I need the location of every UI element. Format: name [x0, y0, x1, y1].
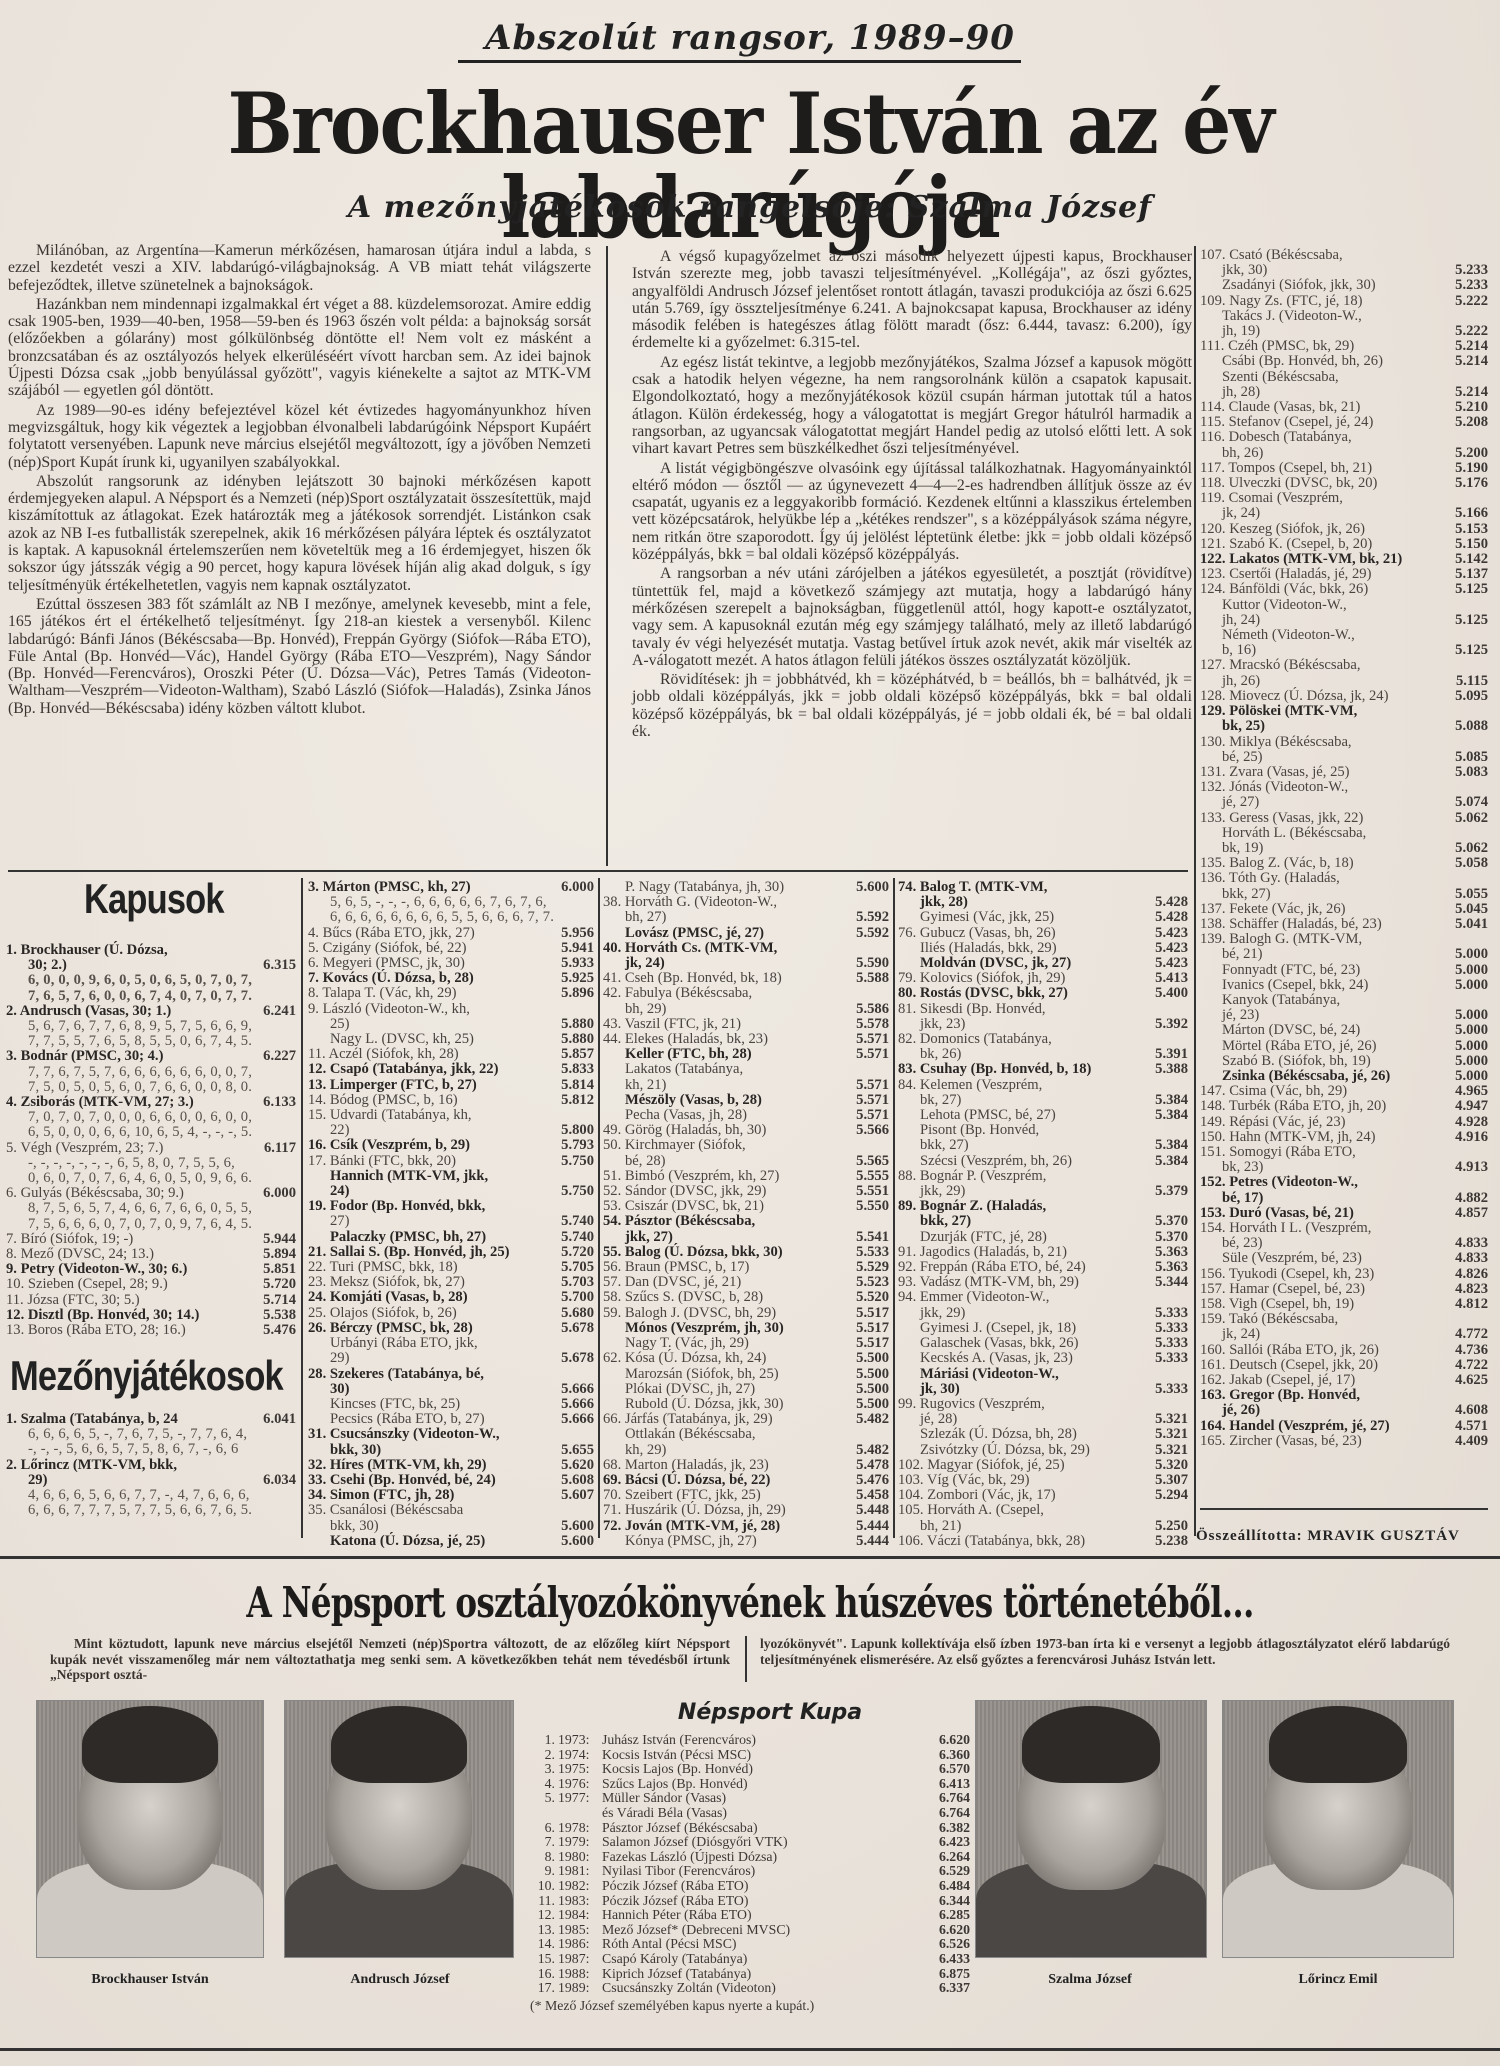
ranking-row: kh, 21)5.571	[603, 1078, 889, 1093]
player-entry: 117. Tompos (Csepel, bh, 21)	[1200, 461, 1430, 476]
average-value: 5.740	[536, 1230, 594, 1245]
cup-row: 15.1987:Csapó Károly (Tatabánya)6.433	[530, 1952, 970, 1967]
ranking-row: 26. Bérczy (PMSC, bk, 28)5.678	[308, 1321, 594, 1336]
cup-row: 12.1984:Hannich Péter (Rába ETO)6.285	[530, 1908, 970, 1923]
player-entry: jk, 24)	[1200, 506, 1430, 521]
grades-line: 7, 6, 5, 7, 6, 0, 0, 6, 7, 4, 0, 7, 0, 7…	[6, 989, 296, 1004]
average-value: 5.370	[1130, 1214, 1188, 1229]
outfield-list-2: 3. Márton (PMSC, kh, 27)6.0005, 6, 5, -,…	[308, 880, 594, 1549]
player-entry: 82. Domonics (Tatabánya,	[898, 1032, 1130, 1047]
ranking-row: 132. Jónás (Videoton-W.,	[1200, 780, 1488, 795]
cup-y: 1983:	[558, 1894, 598, 1909]
average-value: 4.916	[1430, 1130, 1488, 1145]
average-value: 4.722	[1430, 1358, 1488, 1373]
ranking-row: jkk, 29)5.379	[898, 1184, 1188, 1199]
player-entry: Lakatos (Tatabánya,	[603, 1062, 831, 1077]
average-value: 5.714	[238, 1293, 296, 1308]
cup-v: 6.433	[924, 1952, 970, 1967]
ranking-row: 162. Jakab (Csepel, jé, 17)4.625	[1200, 1373, 1488, 1388]
ranking-row: 12. Disztl (Bp. Honvéd, 30; 14.)5.538	[6, 1308, 296, 1323]
photo-caption: Andrusch József	[280, 1972, 520, 1988]
ranking-row: 34. Simon (FTC, jh, 28)5.607	[308, 1488, 594, 1503]
average-value: 5.045	[1430, 902, 1488, 917]
player-entry: bk, 27)	[898, 1093, 1130, 1108]
ranking-row: bh, 29)5.586	[603, 1002, 889, 1017]
outfield-list-1: 1. Szalma (Tatabánya, b, 246.0416, 6, 6,…	[6, 1412, 296, 1518]
ranking-row: Kónya (PMSC, jh, 27)5.444	[603, 1534, 889, 1549]
cup-v: 6.423	[924, 1835, 970, 1850]
ranking-row: 2. Lőrincz (MTK-VM, bkk,	[6, 1458, 296, 1473]
player-entry: 31. Csucsánszky (Videoton-W.,	[308, 1427, 536, 1442]
player-entry: kh, 29)	[603, 1443, 831, 1458]
ranking-row: 31. Csucsánszky (Videoton-W.,	[308, 1427, 594, 1442]
player-entry: bk, 26)	[898, 1047, 1130, 1062]
player-entry: 127. Mracskó (Békéscsaba,	[1200, 658, 1430, 673]
ranking-row: bh, 21)5.250	[898, 1519, 1188, 1534]
player-entry: 80. Rostás (DVSC, bkk, 27)	[898, 986, 1130, 1001]
player-entry: Rubold (Ú. Dózsa, jkk, 30)	[603, 1397, 831, 1412]
cup-y: 1980:	[558, 1850, 598, 1865]
cup-v: 6.764	[924, 1806, 970, 1821]
ranking-row: 10. Szieben (Csepel, 28; 9.)5.720	[6, 1277, 296, 1292]
ranking-row: Kecskés A. (Vasas, jk, 23)5.333	[898, 1351, 1188, 1366]
player-entry: jk, 24)	[603, 956, 831, 971]
cup-y: 1978:	[558, 1821, 598, 1836]
player-entry: 114. Claude (Vasas, bk, 21)	[1200, 400, 1430, 415]
player-entry: 32. Híres (MTK-VM, kh, 29)	[308, 1458, 536, 1473]
average-value: 5.592	[831, 910, 889, 925]
player-entry: 147. Csima (Vác, bh, 29)	[1200, 1084, 1430, 1099]
average-value: 5.333	[1130, 1321, 1188, 1336]
paragraph: Abszolút rangsorunk az idényben lejátszo…	[8, 473, 591, 594]
player-entry: Pisont (Bp. Honvéd,	[898, 1123, 1130, 1138]
average-value: 5.208	[1430, 415, 1488, 430]
player-entry: Szenti (Békéscsaba,	[1200, 370, 1430, 385]
player-entry: 49. Görög (Haladás, bh, 30)	[603, 1123, 831, 1138]
player-entry: Mörtel (Rába ETO, jé, 26)	[1200, 1039, 1430, 1054]
player-entry: Márton (DVSC, bé, 24)	[1200, 1023, 1430, 1038]
player-entry: 57. Dan (DVSC, jé, 21)	[603, 1275, 831, 1290]
ranking-row: 6. Megyeri (PMSC, jk, 30)5.933	[308, 956, 594, 971]
average-value: 5.095	[1430, 689, 1488, 704]
average-value: 5.321	[1130, 1443, 1188, 1458]
player-entry: 154. Horváth I L. (Veszprém,	[1200, 1221, 1430, 1236]
ranking-row: bkk, 30)5.600	[308, 1519, 594, 1534]
player-entry: 151. Somogyi (Rába ETO,	[1200, 1145, 1430, 1160]
average-value: 5.058	[1430, 856, 1488, 871]
cup-y: 1974:	[558, 1748, 598, 1763]
ranking-row: 158. Vigh (Csepel, bh, 19)4.812	[1200, 1297, 1488, 1312]
grades-line: 7, 5, 0, 5, 0, 5, 6, 0, 7, 6, 6, 0, 0, 8…	[6, 1080, 296, 1095]
cup-n: 8.	[530, 1850, 558, 1865]
average-value: 4.736	[1430, 1343, 1488, 1358]
ranking-row: 116. Dobesch (Tatabánya,	[1200, 430, 1488, 445]
ranking-row: Pisont (Bp. Honvéd,	[898, 1123, 1188, 1138]
average-value: 5.210	[1430, 400, 1488, 415]
ranking-row: 30; 2.)6.315	[6, 958, 296, 973]
player-entry: 79. Kolovics (Siófok, jh, 29)	[898, 971, 1130, 986]
column-divider	[606, 246, 608, 866]
ranking-row: Galaschek (Vasas, bkk, 26)5.333	[898, 1336, 1188, 1351]
player-entry: Szlezák (Ú. Dózsa, bh, 28)	[898, 1427, 1130, 1442]
grades-line: 7, 0, 7, 0, 7, 0, 0, 0, 6, 6, 0, 0, 6, 0…	[6, 1110, 296, 1125]
ranking-row: 52. Sándor (DVSC, jkk, 29)5.551	[603, 1184, 889, 1199]
cup-v: 6.344	[924, 1894, 970, 1909]
ranking-row: 123. Csertői (Haladás, jé, 29)5.137	[1200, 567, 1488, 582]
ranking-row: 59. Balogh J. (DVSC, bh, 29)5.517	[603, 1306, 889, 1321]
average-value: 5.703	[536, 1275, 594, 1290]
player-entry: 159. Takó (Békéscsaba,	[1200, 1312, 1430, 1327]
ranking-row: 1. Szalma (Tatabánya, b, 246.041	[6, 1412, 296, 1427]
player-entry: Zsivótzky (Ú. Dózsa, bk, 29)	[898, 1443, 1130, 1458]
paragraph: Az egész listát tekintve, a legjobb mező…	[632, 354, 1192, 458]
player-entry: Mónos (Veszprém, jh, 30)	[603, 1321, 831, 1336]
player-entry: bh, 26)	[1200, 446, 1430, 461]
ranking-row: 14. Bódog (PMSC, b, 16)5.812	[308, 1093, 594, 1108]
average-value: 5.705	[536, 1260, 594, 1275]
average-value: 5.541	[831, 1230, 889, 1245]
player-entry: 161. Deutsch (Csepel, jkk, 20)	[1200, 1358, 1430, 1373]
ranking-row: 22)5.800	[308, 1123, 594, 1138]
player-entry: 103. Víg (Vác, bk, 29)	[898, 1473, 1130, 1488]
cup-row: 1.1973:Juhász István (Ferencváros)6.620	[530, 1733, 970, 1748]
average-value: 5.423	[1130, 926, 1188, 941]
cup-name: és Váradi Béla (Vasas)	[598, 1806, 924, 1821]
ranking-row: 91. Jagodics (Haladás, b, 21)5.363	[898, 1245, 1188, 1260]
ranking-row: 150. Hahn (MTK-VM, jh, 24)4.916	[1200, 1130, 1488, 1145]
ranking-row: 57. Dan (DVSC, jé, 21)5.523	[603, 1275, 889, 1290]
cup-v: 6.413	[924, 1777, 970, 1792]
grades-line: 6, 5, 0, 0, 0, 6, 6, 10, 6, 5, 4, -, -, …	[6, 1125, 296, 1140]
player-entry: 58. Szűcs S. (DVSC, b, 28)	[603, 1290, 831, 1305]
cup-y: 1988:	[558, 1967, 598, 1982]
grades-line: -, -, -, -, -, -, -, 6, 5, 8, 0, 7, 5, 5…	[6, 1156, 296, 1171]
player-entry: 16. Csík (Veszprém, b, 29)	[308, 1138, 536, 1153]
ranking-row: Iliés (Haladás, bkk, 29)5.423	[898, 941, 1188, 956]
ranking-row: jk, 24)5.166	[1200, 506, 1488, 521]
player-entry: bk, 19)	[1200, 841, 1430, 856]
ranking-row: 121. Szabó K. (Csepel, b, 20)5.150	[1200, 537, 1488, 552]
cup-y: 1979:	[558, 1835, 598, 1850]
cup-y: 1975:	[558, 1762, 598, 1777]
ranking-row: Lovász (PMSC, jé, 27)5.592	[603, 926, 889, 941]
player-entry: 84. Kelemen (Veszprém,	[898, 1078, 1130, 1093]
cup-n	[530, 1806, 558, 1821]
average-value: 5.956	[536, 926, 594, 941]
player-entry: 68. Marton (Haladás, jk, 23)	[603, 1458, 831, 1473]
grades-line: 6, 6, 6, 7, 7, 7, 5, 7, 7, 5, 6, 6, 7, 6…	[6, 1503, 296, 1518]
ranking-row: 133. Geress (Vasas, jkk, 22)5.062	[1200, 811, 1488, 826]
cup-row: 11.1983:Póczik József (Rába ETO)6.344	[530, 1894, 970, 1909]
player-entry: Katona (Ú. Dózsa, jé, 25)	[308, 1534, 536, 1549]
player-entry: Lovász (PMSC, jé, 27)	[603, 926, 831, 941]
player-entry: 119. Csomai (Veszprém,	[1200, 491, 1430, 506]
player-entry: 4. Zsiborás (MTK-VM, 27; 3.)	[6, 1095, 238, 1110]
ranking-row: Nagy L. (DVSC, kh, 25)5.880	[308, 1032, 594, 1047]
ranking-row: 17. Bánki (FTC, bkk, 20)5.750	[308, 1154, 594, 1169]
average-value: 5.476	[238, 1323, 296, 1338]
ranking-row: Horváth L. (Békéscsaba,	[1200, 826, 1488, 841]
ranking-row: Lakatos (Tatabánya,	[603, 1062, 889, 1077]
paragraph: A végső kupagyőzelmet az őszi második he…	[632, 248, 1192, 352]
cup-n: 10.	[530, 1879, 558, 1894]
average-value: 6.041	[238, 1412, 296, 1427]
average-value: 5.294	[1130, 1488, 1188, 1503]
cup-y: 1976:	[558, 1777, 598, 1792]
ranking-row: bkk, 27)5.370	[898, 1214, 1188, 1229]
ranking-row: jkk, 30)5.233	[1200, 263, 1488, 278]
player-entry: 14. Bódog (PMSC, b, 16)	[308, 1093, 536, 1108]
average-value: 5.379	[1130, 1184, 1188, 1199]
average-value: 5.333	[1130, 1336, 1188, 1351]
average-value: 5.740	[536, 1214, 594, 1229]
cup-v: 6.570	[924, 1762, 970, 1777]
ranking-row: Marozsán (Siófok, bh, 25)5.500	[603, 1367, 889, 1382]
player-entry: jkk, 30)	[1200, 263, 1430, 278]
player-entry: 91. Jagodics (Haladás, b, 21)	[898, 1245, 1130, 1260]
average-value: 5.000	[1430, 1054, 1488, 1069]
player-entry: 10. Szieben (Csepel, 28; 9.)	[6, 1277, 238, 1292]
player-entry: jh, 26)	[1200, 674, 1430, 689]
average-value: 5.413	[1130, 971, 1188, 986]
average-value: 5.428	[1130, 910, 1188, 925]
player-entry: 26. Bérczy (PMSC, bk, 28)	[308, 1321, 536, 1336]
grades-line: 6, 0, 0, 0, 9, 6, 0, 5, 0, 6, 5, 0, 7, 0…	[6, 973, 296, 988]
player-entry: 1. Szalma (Tatabánya, b, 24	[6, 1412, 238, 1427]
player-entry: b, 16)	[1200, 643, 1430, 658]
ranking-row: 5. Czigány (Siófok, bé, 22)5.941	[308, 941, 594, 956]
kicker: Abszolút rangsor, 1989–90	[0, 18, 1500, 58]
ranking-row: jé, 23)5.000	[1200, 1008, 1488, 1023]
column-divider	[598, 878, 600, 1538]
cup-row: 13.1985:Mező József* (Debreceni MVSC)6.6…	[530, 1923, 970, 1938]
average-value: 5.363	[1130, 1260, 1188, 1275]
grades-line: -, -, -, 5, 6, 6, 5, 7, 5, 8, 6, 7, -, 6…	[6, 1442, 296, 1457]
average-value: 5.307	[1130, 1473, 1188, 1488]
ranking-row: 1. Brockhauser (Ú. Dózsa,	[6, 943, 296, 958]
player-entry: 104. Zombori (Vác, jk, 17)	[898, 1488, 1130, 1503]
ranking-row: 69. Bácsi (Ú. Dózsa, bé, 22)5.476	[603, 1473, 889, 1488]
cup-v: 6.264	[924, 1850, 970, 1865]
average-value: 5.571	[831, 1108, 889, 1123]
player-entry: 24)	[308, 1184, 536, 1199]
cup-row: 17.1989:Csucsánszky Zoltán (Videoton)6.3…	[530, 1981, 970, 1996]
grades-line: 7, 5, 6, 6, 6, 0, 7, 0, 7, 0, 9, 7, 6, 4…	[6, 1217, 296, 1232]
ranking-row: 82. Domonics (Tatabánya,	[898, 1032, 1188, 1047]
average-value: 5.200	[1430, 446, 1488, 461]
player-entry: 3. Bodnár (PMSC, 30; 4.)	[6, 1049, 238, 1064]
photo-caption: Brockhauser István	[30, 1972, 270, 1988]
cup-row: 16.1988:Kiprich József (Tatabánya)6.875	[530, 1967, 970, 1982]
player-entry: Kecskés A. (Vasas, jk, 23)	[898, 1351, 1130, 1366]
ranking-row: 33. Csehi (Bp. Honvéd, bé, 24)5.608	[308, 1473, 594, 1488]
ranking-row: jkk, 23)5.392	[898, 1017, 1188, 1032]
ranking-row: 147. Csima (Vác, bh, 29)4.965	[1200, 1084, 1488, 1099]
player-entry: 137. Fekete (Vác, jk, 26)	[1200, 902, 1430, 917]
ranking-row: 99. Rugovics (Veszprém,	[898, 1397, 1188, 1412]
ranking-row: Katona (Ú. Dózsa, jé, 25)5.600	[308, 1534, 594, 1549]
player-entry: Lehota (PMSC, bé, 27)	[898, 1108, 1130, 1123]
cup-n: 5.	[530, 1791, 558, 1806]
average-value: 5.655	[536, 1443, 594, 1458]
average-value: 5.222	[1430, 294, 1488, 309]
cup-name: Róth Antal (Pécsi MSC)	[598, 1937, 924, 1952]
average-value: 5.678	[536, 1321, 594, 1336]
cup-n: 12.	[530, 1908, 558, 1923]
goalkeepers-section: Kapusok 1. Brockhauser (Ú. Dózsa,30; 2.)…	[6, 875, 296, 1338]
ranking-row: 44. Elekes (Haladás, bk, 23)5.571	[603, 1032, 889, 1047]
average-value: 5.571	[831, 1093, 889, 1108]
cup-v: 6.285	[924, 1908, 970, 1923]
player-entry: 43. Vaszil (FTC, jk, 21)	[603, 1017, 831, 1032]
average-value: 4.857	[1430, 1206, 1488, 1221]
player-entry: 4. Bűcs (Rába ETO, jkk, 27)	[308, 926, 536, 941]
average-value: 5.476	[831, 1473, 889, 1488]
cup-n: 14.	[530, 1937, 558, 1952]
average-value: 5.666	[536, 1412, 594, 1427]
player-entry: 2. Andrusch (Vasas, 30; 1.)	[6, 1004, 238, 1019]
player-entry: Nagy L. (DVSC, kh, 25)	[308, 1032, 536, 1047]
player-entry: Dzurják (FTC, jé, 28)	[898, 1230, 1130, 1245]
player-entry: Németh (Videoton-W.,	[1200, 628, 1430, 643]
outfield-list-5: 107. Csató (Békéscsaba,jkk, 30)5.233Zsad…	[1200, 248, 1488, 1449]
player-entry: 54. Pásztor (Békéscsaba,	[603, 1214, 831, 1229]
ranking-row: 66. Járfás (Tatabánya, jk, 29)5.482	[603, 1412, 889, 1427]
ranking-row: 122. Lakatos (MTK-VM, bk, 21)5.142	[1200, 552, 1488, 567]
ranking-row: Dzurják (FTC, jé, 28)5.370	[898, 1230, 1188, 1245]
ranking-row: 3. Bodnár (PMSC, 30; 4.)6.227	[6, 1049, 296, 1064]
ranking-row: 15. Udvardi (Tatabánya, kh,	[308, 1108, 594, 1123]
player-entry: Szécsi (Veszprém, bh, 26)	[898, 1154, 1130, 1169]
average-value: 5.571	[831, 1032, 889, 1047]
average-value: 5.607	[536, 1488, 594, 1503]
player-entry: 66. Járfás (Tatabánya, jk, 29)	[603, 1412, 831, 1427]
ranking-row: jk, 24)4.772	[1200, 1327, 1488, 1342]
cup-y: 1985:	[558, 1923, 598, 1938]
player-entry: 19. Fodor (Bp. Honvéd, bkk,	[308, 1199, 536, 1214]
player-entry: 6. Megyeri (PMSC, jk, 30)	[308, 956, 536, 971]
player-entry: 162. Jakab (Csepel, jé, 17)	[1200, 1373, 1430, 1388]
section-rule	[8, 870, 1188, 872]
average-value: 5.085	[1430, 750, 1488, 765]
ranking-row: bh, 26)5.200	[1200, 446, 1488, 461]
ranking-row: P. Nagy (Tatabánya, jh, 30)5.600	[603, 880, 889, 895]
average-value: 5.517	[831, 1336, 889, 1351]
cup-y: 1989:	[558, 1981, 598, 1996]
average-value: 5.565	[831, 1154, 889, 1169]
ranking-row: bé, 23)4.833	[1200, 1236, 1488, 1251]
cup-n: 6.	[530, 1821, 558, 1836]
nepsport-cup-table: Népsport Kupa 1.1973:Juhász István (Fere…	[530, 1700, 970, 2014]
player-entry: Kuttor (Videoton-W.,	[1200, 598, 1430, 613]
average-value: 5.000	[1430, 1008, 1488, 1023]
cup-name: Szűcs Lajos (Bp. Honvéd)	[598, 1777, 924, 1792]
average-value: 5.880	[536, 1017, 594, 1032]
ranking-row: 22. Turi (PMSC, bkk, 18)5.705	[308, 1260, 594, 1275]
ranking-row: Rubold (Ú. Dózsa, jkk, 30)5.500	[603, 1397, 889, 1412]
cup-n: 17.	[530, 1981, 558, 1996]
ranking-row: bk, 23)4.913	[1200, 1160, 1488, 1175]
player-entry: Süle (Veszprém, bé, 23)	[1200, 1251, 1430, 1266]
history-intro-right: lyozókönyvét". Lapunk kollektívája első …	[760, 1636, 1450, 1667]
cup-name: Juhász István (Ferencváros)	[598, 1733, 924, 1748]
player-entry: Pecsics (Rába ETO, b, 27)	[308, 1412, 536, 1427]
average-value: 5.370	[1130, 1230, 1188, 1245]
player-entry: 149. Répási (Vác, jé, 23)	[1200, 1115, 1430, 1130]
ranking-row: jé, 27)5.074	[1200, 795, 1488, 810]
average-value: 5.517	[831, 1321, 889, 1336]
ranking-row: jh, 28)5.214	[1200, 385, 1488, 400]
player-entry: 106. Váczi (Tatabánya, bkk, 28)	[898, 1534, 1130, 1549]
ranking-row: jkk, 27)5.541	[603, 1230, 889, 1245]
ranking-row: 2. Andrusch (Vasas, 30; 1.)6.241	[6, 1004, 296, 1019]
player-entry: bkk, 30)	[308, 1519, 536, 1534]
average-value: 5.384	[1130, 1154, 1188, 1169]
ranking-row: 68. Marton (Haladás, jk, 23)5.478	[603, 1458, 889, 1473]
average-value: 5.000	[1430, 1023, 1488, 1038]
player-entry: 23. Meksz (Siófok, bk, 27)	[308, 1275, 536, 1290]
ranking-row: 128. Miovecz (Ú. Dózsa, jk, 24)5.095	[1200, 689, 1488, 704]
ranking-row: 56. Braun (PMSC, b, 17)5.529	[603, 1260, 889, 1275]
ranking-row: 50. Kirchmayer (Siófok,	[603, 1138, 889, 1153]
cup-row: 9.1981:Nyilasi Tibor (Ferencváros)6.529	[530, 1864, 970, 1879]
player-entry: Urbányi (Rába ETO, jkk,	[308, 1336, 536, 1351]
average-value: 5.190	[1430, 461, 1488, 476]
ranking-row: 6. Gulyás (Békéscsaba, 30; 9.)6.000	[6, 1186, 296, 1201]
average-value: 5.538	[238, 1308, 296, 1323]
average-value: 5.083	[1430, 765, 1488, 780]
ranking-row: 72. Jován (MTK-VM, jé, 28)5.444	[603, 1519, 889, 1534]
ranking-row: 40. Horváth Cs. (MTK-VM,	[603, 941, 889, 956]
player-entry: Kincses (FTC, bk, 25)	[308, 1397, 536, 1412]
player-entry: 9. Petry (Videoton-W., 30; 6.)	[6, 1262, 238, 1277]
ranking-row: bé, 28)5.565	[603, 1154, 889, 1169]
average-value: 5.880	[536, 1032, 594, 1047]
ranking-row: bkk, 30)5.655	[308, 1443, 594, 1458]
ranking-row: jk, 30)5.333	[898, 1382, 1188, 1397]
ranking-row: 71. Huszárik (Ú. Dózsa, jh, 29)5.448	[603, 1503, 889, 1518]
ranking-row: bh, 27)5.592	[603, 910, 889, 925]
cup-y	[558, 1806, 598, 1821]
player-entry: jh, 19)	[1200, 324, 1430, 339]
subhead: A mezőnyjátékosok rangelsője: Szalma Józ…	[0, 190, 1500, 225]
ranking-row: 9. Petry (Videoton-W., 30; 6.)5.851	[6, 1262, 296, 1277]
player-entry: 71. Huszárik (Ú. Dózsa, jh, 29)	[603, 1503, 831, 1518]
cup-name: Hannich Péter (Rába ETO)	[598, 1908, 924, 1923]
ranking-row: 41. Cseh (Bp. Honvéd, bk, 18)5.588	[603, 971, 889, 986]
average-value: 5.444	[831, 1534, 889, 1549]
ranking-row: Keller (FTC, bh, 28)5.571	[603, 1047, 889, 1062]
average-value: 6.117	[238, 1141, 296, 1156]
player-entry: 21. Sallai S. (Bp. Honvéd, jh, 25)	[308, 1245, 536, 1260]
player-entry: Gyimesi (Vác, jkk, 25)	[898, 910, 1130, 925]
ranking-row: jh, 26)5.115	[1200, 674, 1488, 689]
cup-row: 5.1977:Müller Sándor (Vasas)6.764	[530, 1791, 970, 1806]
average-value: 5.944	[238, 1232, 296, 1247]
ranking-row: 105. Horváth A. (Csepel,	[898, 1503, 1188, 1518]
ranking-row: 156. Tyukodi (Csepel, kh, 23)4.826	[1200, 1267, 1488, 1282]
average-value: 5.055	[1430, 887, 1488, 902]
cup-n: 4.	[530, 1777, 558, 1792]
average-value: 5.088	[1430, 719, 1488, 734]
ranking-row: 32. Híres (MTK-VM, kh, 29)5.620	[308, 1458, 594, 1473]
player-entry: jh, 28)	[1200, 385, 1430, 400]
paragraph: Milánóban, az Argentína—Kamerun mérkőzés…	[8, 242, 591, 294]
ranking-row: Zsadányi (Siófok, jkk, 30)5.233	[1200, 278, 1488, 293]
average-value: 5.482	[831, 1412, 889, 1427]
player-entry: Kanyok (Tatabánya,	[1200, 993, 1430, 1008]
ranking-row: Mörtel (Rába ETO, jé, 26)5.000	[1200, 1039, 1488, 1054]
